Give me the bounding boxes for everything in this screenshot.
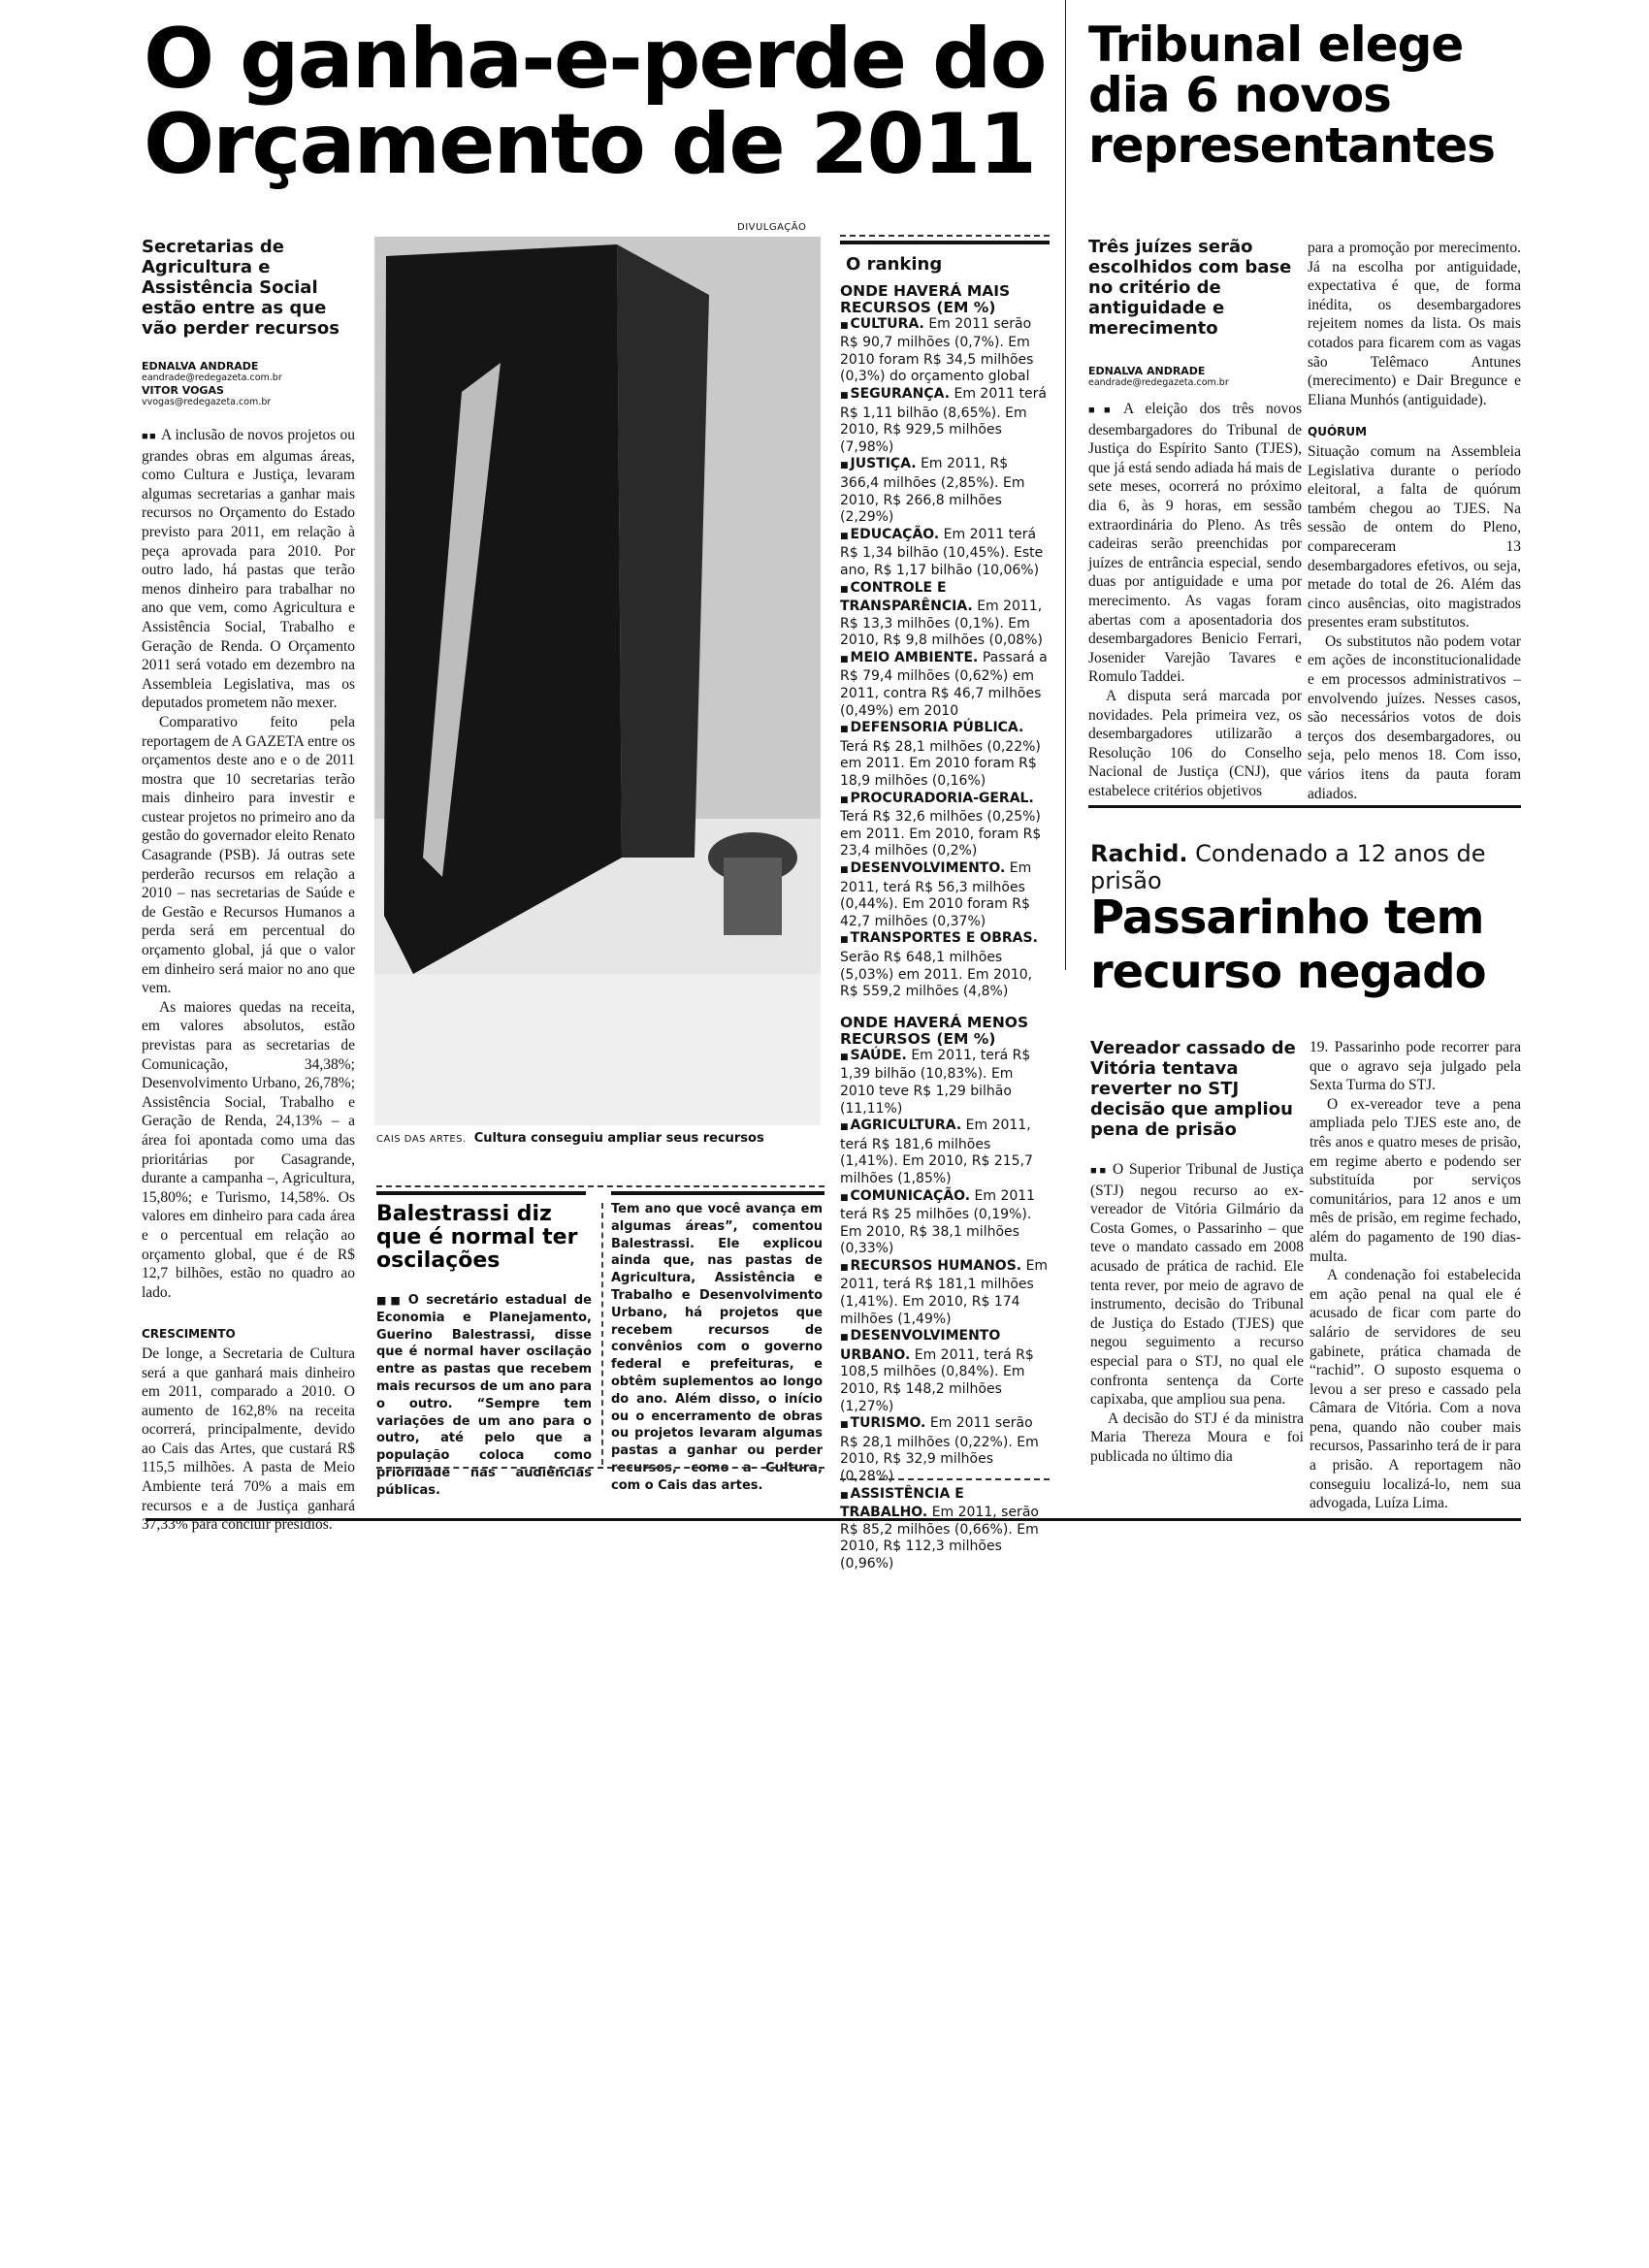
lead-mark-icon: ■■ (376, 1294, 404, 1307)
byline: EDNALVA ANDRADE eandrade@redegazeta.com.… (142, 360, 355, 408)
lead-mark-icon: ■■ (1090, 1165, 1109, 1177)
tribunal-col1: ■■A eleição dos três novos desembargador… (1088, 400, 1302, 800)
byline-email[interactable]: eandrade@redegazeta.com.br (1088, 377, 1292, 389)
paragraph: Situação comum na Assembleia Legislativa… (1308, 442, 1521, 632)
ranking-item: ■SAÚDE. Em 2011, terá R$ 1,39 bilhão (10… (840, 1048, 1050, 1118)
photo-credit: DIVULGAÇÃO (737, 222, 806, 233)
lead-mark-icon: ■■ (142, 431, 157, 442)
bullet-icon: ■ (840, 1263, 849, 1273)
caption-text: Cultura conseguiu ampliar seus recursos (474, 1131, 764, 1146)
ranking-top-rule (840, 241, 1050, 244)
main-subhead: Secretarias de Agricultura e Assistência… (142, 237, 355, 339)
bullet-icon: ■ (840, 461, 849, 470)
box-bottom-dash-rule (376, 1467, 824, 1469)
ranking-item: ■TURISMO. Em 2011 serão R$ 28,1 milhões … (840, 1415, 1050, 1485)
bullet-icon: ■ (840, 391, 849, 401)
box-column-separator (601, 1203, 603, 1465)
bullet-icon: ■ (840, 655, 849, 664)
box-col2: Tem ano que você avança em algumas áreas… (611, 1201, 823, 1495)
passarinho-headline: Passarinho tem recurso negado (1090, 891, 1517, 999)
paragraph: O ex-vereador teve a pena ampliada pelo … (1309, 1095, 1521, 1266)
passarinho-kicker: Rachid. Condenado a 12 anos de prisão (1090, 840, 1527, 894)
main-article-column: Secretarias de Agricultura e Assistência… (142, 237, 355, 1535)
paragraph: Comparativo feito pela reportagem de A G… (142, 713, 355, 998)
page-bottom-rule (145, 1518, 1521, 1521)
tribunal-col2: para a promoção por merecimento. Já na e… (1308, 239, 1521, 803)
bullet-icon: ■ (840, 1193, 849, 1203)
paragraph: A disputa será marcada por novidades. Pe… (1088, 687, 1302, 801)
ranking-item: ■TRANSPORTES E OBRAS. Serão R$ 648,1 mil… (840, 930, 1050, 1000)
ranking-less-heading: ONDE HAVERÁ MENOS RECURSOS (EM %) (840, 1015, 1050, 1048)
paragraph: ■■A inclusão de novos projetos ou grande… (142, 426, 355, 713)
bullet-icon: ■ (840, 1053, 849, 1062)
caption-label: CAIS DAS ARTES. (376, 1134, 467, 1145)
byline-name: EDNALVA ANDRADE (142, 360, 355, 373)
section-heading: QUÓRUM (1308, 423, 1521, 442)
paragraph: ■■A eleição dos três novos desembargador… (1088, 400, 1302, 687)
ranking-less-list: ■SAÚDE. Em 2011, terá R$ 1,39 bilhão (10… (840, 1048, 1050, 1573)
main-headline-line2: Orçamento de 2011 (144, 103, 1046, 186)
ranking-item: ■DESENVOLVIMENTO. Em 2011, terá R$ 56,3 … (840, 860, 1050, 930)
passarinho-col2: 19. Passarinho pode recorrer para que o … (1309, 1038, 1521, 1513)
ranking-top-dash-rule (840, 235, 1050, 237)
ranking-item: ■PROCURADORIA-GERAL. Terá R$ 32,6 milhõe… (840, 791, 1050, 860)
bullet-icon: ■ (840, 725, 849, 734)
lead-mark-icon: ■■ (1088, 405, 1119, 416)
tribunal-subhead: Três juízes serão escolhidos com base no… (1088, 237, 1292, 339)
bullet-icon: ■ (840, 1491, 849, 1501)
byline-name: EDNALVA ANDRADE (1088, 365, 1292, 377)
photo-caption: CAIS DAS ARTES.Cultura conseguiu ampliar… (376, 1131, 823, 1146)
bullet-icon: ■ (840, 532, 849, 541)
ranking-kicker: O ranking (846, 256, 1050, 274)
main-headline-line1: O ganha-e-perde do (144, 17, 1046, 101)
ranking-item: ■AGRICULTURA. Em 2011, terá R$ 181,6 mil… (840, 1118, 1050, 1187)
bullet-icon: ■ (840, 1333, 849, 1343)
paragraph: Os substitutos não podem votar em ações … (1308, 632, 1521, 803)
bullet-icon: ■ (840, 1122, 849, 1132)
bullet-icon: ■ (840, 321, 849, 331)
kicker-label: Rachid. (1090, 840, 1188, 867)
ranking-more-list: ■CULTURA. Em 2011 serão R$ 90,7 milhões … (840, 316, 1050, 1001)
box-top-rule-right (611, 1191, 824, 1195)
paragraph: ■■O Superior Tribunal de Justiça (STJ) n… (1090, 1160, 1304, 1409)
sculpture-image-icon (374, 237, 821, 1125)
byline-email[interactable]: vvogas@redegazeta.com.br (142, 397, 355, 408)
paragraph: para a promoção por merecimento. Já na e… (1308, 239, 1521, 409)
section-heading: CRESCIMENTO (142, 1325, 355, 1345)
ranking-item: ■EDUCAÇÃO. Em 2011 terá R$ 1,34 bilhão (… (840, 527, 1050, 580)
photo-cais-das-artes (374, 237, 821, 1125)
tribunal-byline: EDNALVA ANDRADE eandrade@redegazeta.com.… (1088, 365, 1292, 389)
paragraph: De longe, a Secretaria de Cultura será a… (142, 1345, 355, 1535)
ranking-item: ■COMUNICAÇÃO. Em 2011 terá R$ 25 milhões… (840, 1188, 1050, 1258)
tribunal-bottom-rule (1088, 805, 1521, 808)
byline-name: VITOR VOGAS (142, 384, 355, 397)
bullet-icon: ■ (840, 1420, 849, 1430)
ranking-item: ■DESENVOLVIMENTO URBANO. Em 2011, terá R… (840, 1328, 1050, 1415)
tribunal-headline: Tribunal elege dia 6 novos representante… (1088, 19, 1525, 171)
passarinho-col1: ■■O Superior Tribunal de Justiça (STJ) n… (1090, 1160, 1304, 1467)
paragraph: 19. Passarinho pode recorrer para que o … (1309, 1038, 1521, 1095)
bullet-icon: ■ (840, 795, 849, 805)
paragraph: A decisão do STJ é da ministra Maria The… (1090, 1409, 1304, 1467)
bullet-icon: ■ (840, 935, 849, 945)
column-divider (1065, 0, 1066, 970)
box-top-dash-rule (376, 1185, 824, 1187)
passarinho-subhead: Vereador cassado de Vitória tentava reve… (1090, 1038, 1304, 1140)
bullet-icon: ■ (840, 585, 849, 595)
bullet-icon: ■ (840, 865, 849, 875)
paragraph: A condenação foi estabelecida em ação pe… (1309, 1266, 1521, 1513)
box-top-rule-left (376, 1191, 586, 1195)
ranking-item: ■ASSISTÊNCIA E TRABALHO. Em 2011, serão … (840, 1486, 1050, 1573)
byline-email[interactable]: eandrade@redegazeta.com.br (142, 373, 355, 384)
ranking-sidebar: O ranking ONDE HAVERÁ MAIS RECURSOS (EM … (840, 250, 1050, 1573)
ranking-item: ■CONTROLE E TRANSPARÊNCIA. Em 2011, R$ 1… (840, 580, 1050, 650)
paragraph: As maiores quedas na receita, em valores… (142, 998, 355, 1303)
box-headline: Balestrassi diz que é normal ter oscilaç… (376, 1203, 580, 1273)
ranking-item: ■SEGURANÇA. Em 2011 terá R$ 1,11 bilhão … (840, 386, 1050, 456)
main-article-body: ■■A inclusão de novos projetos ou grande… (142, 426, 355, 1535)
ranking-item: ■JUSTIÇA. Em 2011, R$ 366,4 milhões (2,8… (840, 456, 1050, 526)
main-headline: O ganha-e-perde do Orçamento de 2011 (144, 17, 1046, 186)
ranking-item: ■CULTURA. Em 2011 serão R$ 90,7 milhões … (840, 316, 1050, 386)
ranking-bottom-dash-rule (840, 1478, 1050, 1480)
ranking-item: ■DEFENSORIA PÚBLICA. Terá R$ 28,1 milhõe… (840, 720, 1050, 790)
ranking-item: ■MEIO AMBIENTE. Passará a R$ 79,4 milhõe… (840, 650, 1050, 720)
ranking-more-heading: ONDE HAVERÁ MAIS RECURSOS (EM %) (840, 283, 1050, 316)
ranking-item: ■RECURSOS HUMANOS. Em 2011, terá R$ 181,… (840, 1258, 1050, 1328)
